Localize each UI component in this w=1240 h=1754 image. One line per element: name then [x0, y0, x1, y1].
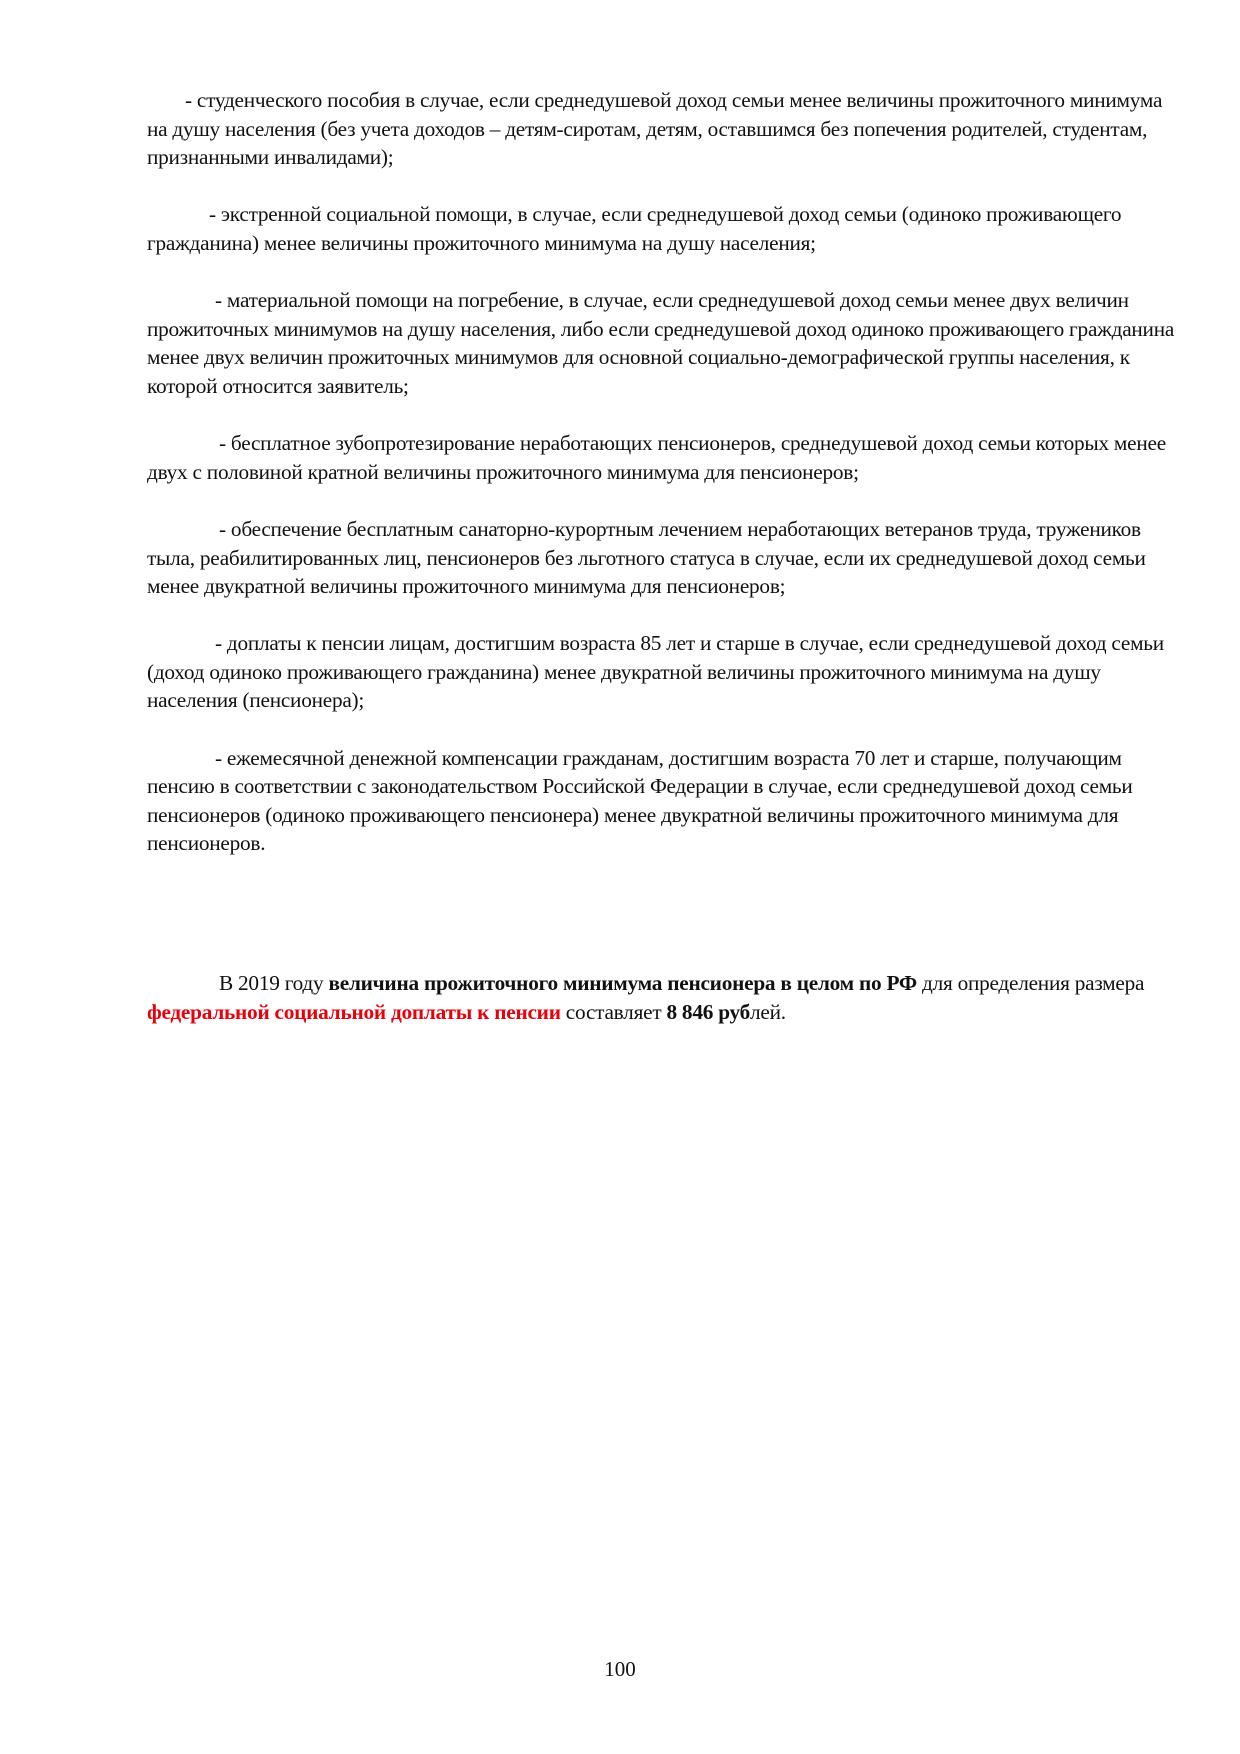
summary-paragraph: В 2019 году величина прожиточного миниму… — [147, 969, 1187, 1026]
document-body: - студенческого пособия в случае, если с… — [147, 86, 1187, 858]
paragraph-gap — [147, 486, 1187, 515]
paragraph-gap — [147, 715, 1187, 744]
summary-federal-supplement: федеральной социальной доплаты к пенсии — [147, 1000, 561, 1024]
summary-amount: 8 846 руб — [666, 1000, 750, 1024]
summary-amount-suffix: лей. — [750, 1000, 786, 1024]
paragraph-gap — [147, 401, 1187, 430]
paragraph-pension-supplement-85: - доплаты к пенсии лицам, достигшим возр… — [147, 629, 1187, 715]
paragraph-student-allowance: - студенческого пособия в случае, если с… — [147, 86, 1187, 172]
paragraph-gap — [147, 172, 1187, 201]
summary-purpose: для определения размера — [917, 971, 1144, 995]
paragraph-burial-aid: - материальной помощи на погребение, в с… — [147, 286, 1187, 400]
paragraph-dental-prosthetics: - бесплатное зубопротезирование неработа… — [147, 429, 1187, 486]
summary-intro: В 2019 году — [219, 971, 329, 995]
summary-subsistence-minimum: величина прожиточного минимума пенсионер… — [329, 971, 917, 995]
paragraph-gap — [147, 258, 1187, 287]
paragraph-emergency-aid: - экстренной социальной помощи, в случае… — [147, 200, 1187, 257]
summary-verb: составляет — [561, 1000, 667, 1024]
paragraph-gap — [147, 601, 1187, 630]
paragraph-monthly-compensation-70: - ежемесячной денежной компенсации гражд… — [147, 744, 1187, 858]
page-number: 100 — [0, 1657, 1240, 1681]
paragraph-sanatorium-treatment: - обеспечение бесплатным санаторно-курор… — [147, 515, 1187, 601]
